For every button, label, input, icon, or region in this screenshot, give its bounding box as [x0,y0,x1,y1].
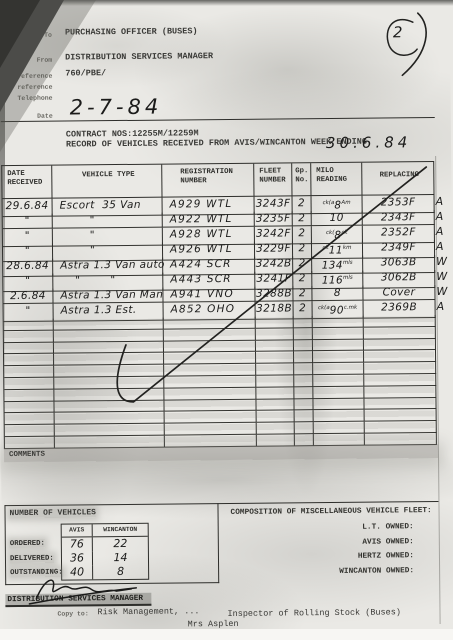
ordered-avis: 76 [62,537,93,551]
cell-replacing: Cover [363,285,435,301]
margin-letter: A [436,225,452,240]
margin-letters: AAAAWWWA [436,195,453,315]
col-registration-number: REGISTRATION NUMBER [162,164,254,198]
col-gp-no: Gp. No. [292,163,311,196]
cell-fleet: 3288B [255,286,293,301]
avis-owned-label: AVIS OWNED: [362,538,414,546]
delivered-avis: 36 [62,551,93,565]
record-title: RECORD OF VEHICLES RECEIVED FROM AVIS/WI… [66,138,367,151]
date-label: Date [37,113,53,120]
col-replacing: REPLACING [362,162,434,196]
cell-typecell: " [53,213,163,229]
cell-gp: 2 [293,211,312,226]
col-fleet-number: FLEET NUMBER [254,163,292,196]
mini-table-header: AVIS WINCANTON [62,524,148,538]
header-divider [1,117,435,122]
margin-letter: A [436,210,452,225]
margin-letter: A [436,240,452,255]
hertz-owned-label: HERTZ OWNED: [358,552,414,561]
delivered-label: DELIVERED: [10,555,54,563]
from-value: DISTRIBUTION SERVICES MANAGER [65,52,213,63]
scan-smudges [4,316,435,446]
copy-to-value: Risk Management, ... [97,607,199,618]
our-reference-value: 760/PBE/ [65,69,106,79]
delivered-wincanton: 14 [93,551,148,566]
margin-letter: W [436,285,452,300]
outstanding-values: 40 8 [62,565,148,580]
cell-reg: A941 VNO [163,287,255,303]
avis-wincanton-table: AVIS WINCANTON 76 22 36 14 40 8 [61,523,150,581]
outstanding-label: OUTSTANDING: [10,569,63,578]
comments-bar: COMMENTS [4,444,438,462]
margin-letter: W [436,270,452,285]
wincanton-column-header: WINCANTON [93,524,148,537]
paper-sheet: To PURCHASING OFFICER (BUSES) From DISTR… [0,0,453,640]
wincanton-owned-label: WINCANTON OWNED: [339,567,414,576]
handwritten-week-ending: 30.6.84 [326,133,411,152]
ordered-wincanton: 22 [93,537,148,552]
margin-letter: A [437,300,453,315]
ordered-values: 76 22 [62,537,148,552]
signatory-title: DISTRIBUTION SERVICES MANAGER [5,593,151,607]
cell-typecell: Astra 1.3 Van Man [53,288,163,304]
ordered-label: ORDERED: [10,540,45,548]
col-milo-reading: MILO READING [311,163,362,196]
to-value: PURCHASING OFFICER (BUSES) [65,27,198,38]
col-vehicle-type: VEHICLE TYPE [52,165,162,199]
page-number-annotation: 2 [393,23,403,41]
delivered-values: 36 14 [62,551,148,566]
inspector-title: Inspector of Rolling Stock (Buses) [227,608,401,619]
handwritten-date: 2-7-84 [70,95,163,120]
cell-date: 2.6.84 [3,289,53,304]
outstanding-wincanton: 8 [93,565,148,580]
comments-label: COMMENTS [9,451,45,460]
table-header-row: DATE RECEIVED VEHICLE TYPE REGISTRATION … [2,162,434,199]
cell-date: " [3,214,53,229]
cell-milo: 8 [312,286,363,301]
fleet-composition-title: COMPOSITION OF MISCELLANEOUS VEHICLE FLE… [231,507,432,517]
scanner-edge-bottom [0,629,453,640]
cell-reg: A922 WTL [163,212,255,228]
cell-milo: 10 [312,211,363,226]
col-date-received: DATE RECEIVED [2,166,52,199]
cell-gp: 2 [293,286,312,301]
copy-to-label: Copy to: [57,610,88,617]
cell-fleet: 3235F [255,211,293,226]
number-of-vehicles-box: NUMBER OF VEHICLES AVIS WINCANTON 76 22 … [4,503,219,585]
paren-annotation [402,13,427,75]
cell-replacing: 2343F [363,210,435,226]
margin-letter: W [436,255,452,270]
outstanding-avis: 40 [62,565,93,579]
margin-letter: A [436,195,452,210]
scanned-memo-page: To PURCHASING OFFICER (BUSES) From DISTR… [0,0,453,640]
lt-owned-label: L.T. OWNED: [362,523,414,531]
number-of-vehicles-title: NUMBER OF VEHICLES [9,508,96,518]
avis-column-header: AVIS [62,524,93,536]
